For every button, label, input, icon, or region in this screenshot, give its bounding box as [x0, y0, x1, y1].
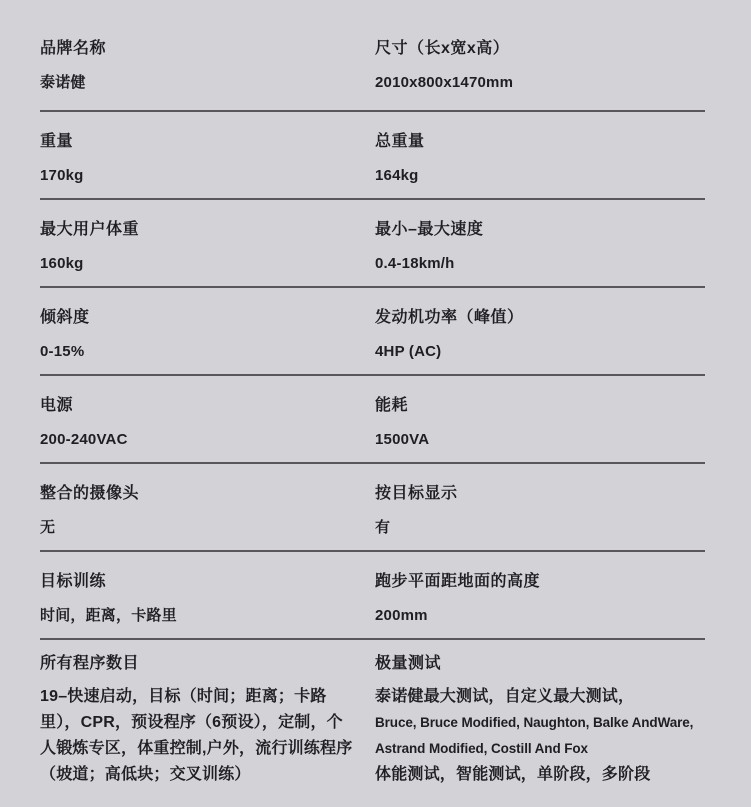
spec-row-camera-goal-display: 整合的摄像头 无 按目标显示 有: [40, 464, 705, 552]
spec-value-dimensions: 2010x800x1470mm: [375, 75, 705, 91]
spec-value-speed-range: 0.4-18km/h: [375, 256, 705, 272]
spec-value-weight: 170kg: [40, 168, 375, 184]
spec-label-weight: 重量: [40, 134, 375, 150]
spec-cell-gross-weight: 总重量 164kg: [375, 134, 705, 184]
spec-label-incline: 倾斜度: [40, 310, 375, 326]
spec-row-power: 电源 200-240VAC 能耗 1500VA: [40, 376, 705, 464]
spec-cell-speed-range: 最小–最大速度 0.4-18km/h: [375, 222, 705, 272]
max-tests-line-latin-2: Astrand Modified, Costill And Fox: [375, 736, 705, 762]
spec-cell-incline: 倾斜度 0-15%: [40, 310, 375, 360]
spec-label-deck-height: 跑步平面距地面的高度: [375, 574, 705, 590]
spec-label-dimensions: 尺寸（长x宽x高）: [375, 41, 705, 57]
spec-value-goal-display: 有: [375, 520, 705, 536]
spec-row-goal-training-deck-height: 目标训练 时间，距离，卡路里 跑步平面距地面的高度 200mm: [40, 552, 705, 640]
spec-value-incline: 0-15%: [40, 344, 375, 360]
spec-value-power-supply: 200-240VAC: [40, 432, 375, 448]
max-tests-line-cjk-1: 泰诺健最大测试，自定义最大测试，: [375, 684, 705, 710]
spec-row-incline-motor: 倾斜度 0-15% 发动机功率（峰值） 4HP (AC): [40, 288, 705, 376]
spec-label-motor-power: 发动机功率（峰值）: [375, 310, 705, 326]
spec-cell-deck-height: 跑步平面距地面的高度 200mm: [375, 574, 705, 624]
spec-cell-energy-consumption: 能耗 1500VA: [375, 398, 705, 448]
spec-label-brand: 品牌名称: [40, 41, 375, 57]
spec-value-deck-height: 200mm: [375, 608, 705, 624]
spec-value-energy-consumption: 1500VA: [375, 432, 705, 448]
spec-row-user-weight-speed: 最大用户体重 160kg 最小–最大速度 0.4-18km/h: [40, 200, 705, 288]
spec-cell-dimensions: 尺寸（长x宽x高） 2010x800x1470mm: [375, 41, 705, 91]
spec-cell-max-tests: 极量测试 泰诺健最大测试，自定义最大测试， Bruce, Bruce Modif…: [375, 656, 705, 788]
spec-label-energy-consumption: 能耗: [375, 398, 705, 414]
spec-label-speed-range: 最小–最大速度: [375, 222, 705, 238]
spec-value-integrated-camera: 无: [40, 520, 375, 536]
spec-cell-max-user-weight: 最大用户体重 160kg: [40, 222, 375, 272]
spec-label-power-supply: 电源: [40, 398, 375, 414]
spec-label-gross-weight: 总重量: [375, 134, 705, 150]
spec-cell-brand: 品牌名称 泰诺健: [40, 41, 375, 91]
max-tests-line-latin-1: Bruce, Bruce Modified, Naughton, Balke A…: [375, 710, 705, 736]
spec-row-programs-tests: 所有程序数目 19–快速启动，目标（时间；距离；卡路里），CPR，预设程序（6预…: [40, 640, 705, 788]
spec-cell-motor-power: 发动机功率（峰值） 4HP (AC): [375, 310, 705, 360]
spec-table: 品牌名称 泰诺健 尺寸（长x宽x高） 2010x800x1470mm 重量 17…: [0, 0, 751, 788]
spec-value-motor-power: 4HP (AC): [375, 344, 705, 360]
spec-value-max-user-weight: 160kg: [40, 256, 375, 272]
spec-cell-goal-display: 按目标显示 有: [375, 486, 705, 536]
spec-cell-power-supply: 电源 200-240VAC: [40, 398, 375, 448]
spec-label-max-tests: 极量测试: [375, 656, 705, 672]
spec-value-total-programs: 19–快速启动，目标（时间；距离；卡路里），CPR，预设程序（6预设），定制，个…: [40, 684, 355, 788]
spec-label-max-user-weight: 最大用户体重: [40, 222, 375, 238]
max-tests-line-cjk-2: 体能测试，智能测试，单阶段，多阶段: [375, 762, 705, 788]
spec-cell-integrated-camera: 整合的摄像头 无: [40, 486, 375, 536]
spec-label-total-programs: 所有程序数目: [40, 656, 375, 672]
spec-value-goal-training: 时间，距离，卡路里: [40, 608, 375, 624]
spec-value-max-tests: 泰诺健最大测试，自定义最大测试， Bruce, Bruce Modified, …: [375, 684, 705, 788]
spec-value-brand: 泰诺健: [40, 75, 375, 91]
spec-cell-weight: 重量 170kg: [40, 134, 375, 184]
spec-label-goal-training: 目标训练: [40, 574, 375, 590]
spec-cell-goal-training: 目标训练 时间，距离，卡路里: [40, 574, 375, 624]
spec-cell-total-programs: 所有程序数目 19–快速启动，目标（时间；距离；卡路里），CPR，预设程序（6预…: [40, 656, 375, 788]
spec-row-weight: 重量 170kg 总重量 164kg: [40, 112, 705, 200]
spec-label-goal-display: 按目标显示: [375, 486, 705, 502]
spec-value-gross-weight: 164kg: [375, 168, 705, 184]
spec-label-integrated-camera: 整合的摄像头: [40, 486, 375, 502]
spec-row-brand-dimensions: 品牌名称 泰诺健 尺寸（长x宽x高） 2010x800x1470mm: [40, 0, 705, 112]
